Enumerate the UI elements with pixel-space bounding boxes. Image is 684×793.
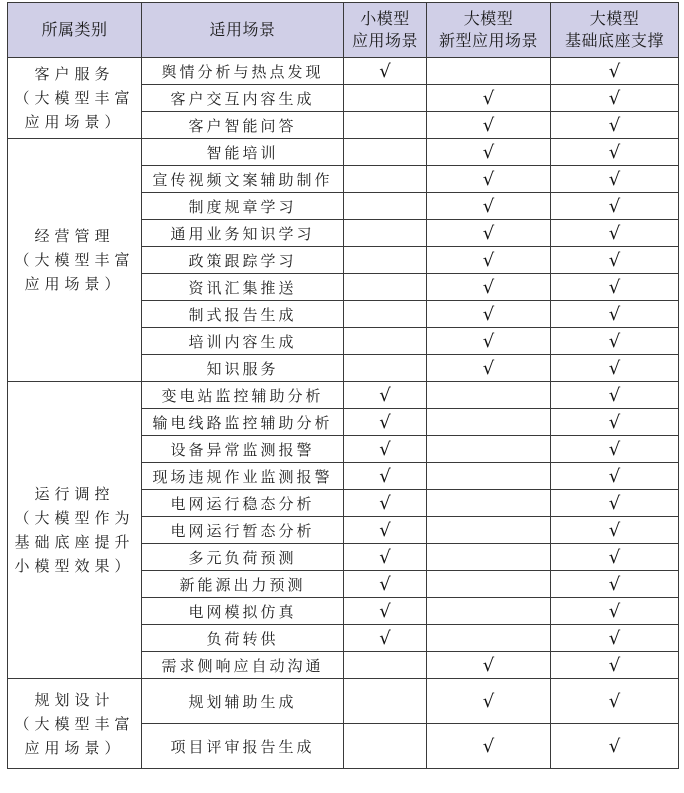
large-model-base-mark-check-icon: √	[551, 328, 679, 355]
scenario-cell: 通用业务知识学习	[142, 220, 344, 247]
large-model-base-mark-check-icon: √	[551, 517, 679, 544]
header-large-model-new-line1: 大模型	[427, 8, 550, 30]
table-header: 所属类别 适用场景 小模型 应用场景 大模型 新型应用场景 大模型 基础底座支撑	[8, 3, 679, 58]
header-large-model-new: 大模型 新型应用场景	[427, 3, 551, 58]
header-large-model-base-line2: 基础底座支撑	[551, 30, 678, 52]
scenario-cell: 智能培训	[142, 139, 344, 166]
table-row: 规划设计（大模型丰富应用场景）规划辅助生成√√	[8, 679, 679, 724]
large-model-new-mark-empty	[427, 58, 551, 85]
large-model-new-mark-empty	[427, 463, 551, 490]
large-model-new-mark-empty	[427, 436, 551, 463]
category-label-line: 客户服务	[10, 62, 139, 86]
large-model-new-mark-check-icon: √	[427, 220, 551, 247]
small-model-mark-check-icon: √	[344, 598, 427, 625]
small-model-mark-empty	[344, 679, 427, 724]
header-row: 所属类别 适用场景 小模型 应用场景 大模型 新型应用场景 大模型 基础底座支撑	[8, 3, 679, 58]
table-row: 运行调控（大模型作为基础底座提升小模型效果）变电站监控辅助分析√√	[8, 382, 679, 409]
scenario-cell: 规划辅助生成	[142, 679, 344, 724]
large-model-base-mark-check-icon: √	[551, 220, 679, 247]
header-scenario: 适用场景	[142, 3, 344, 58]
header-large-model-new-line2: 新型应用场景	[427, 30, 550, 52]
small-model-mark-empty	[344, 85, 427, 112]
large-model-base-mark-check-icon: √	[551, 679, 679, 724]
large-model-base-mark-check-icon: √	[551, 625, 679, 652]
large-model-base-mark-check-icon: √	[551, 247, 679, 274]
large-model-base-mark-check-icon: √	[551, 724, 679, 769]
table-row: 客户服务（大模型丰富应用场景）舆情分析与热点发现√√	[8, 58, 679, 85]
header-small-model: 小模型 应用场景	[344, 3, 427, 58]
small-model-mark-check-icon: √	[344, 436, 427, 463]
small-model-mark-empty	[344, 355, 427, 382]
category-label-line: （大模型丰富	[10, 248, 139, 272]
category-label-line: （大模型丰富	[10, 86, 139, 110]
scenario-cell: 输电线路监控辅助分析	[142, 409, 344, 436]
small-model-mark-empty	[344, 724, 427, 769]
scenario-cell: 客户智能问答	[142, 112, 344, 139]
scenario-table-container: 所属类别 适用场景 小模型 应用场景 大模型 新型应用场景 大模型 基础底座支撑	[7, 2, 679, 769]
scenario-cell: 设备异常监测报警	[142, 436, 344, 463]
large-model-new-mark-empty	[427, 571, 551, 598]
category-cell: 经营管理（大模型丰富应用场景）	[8, 139, 142, 382]
small-model-mark-check-icon: √	[344, 409, 427, 436]
category-label-line: 基础底座提升	[10, 530, 139, 554]
large-model-base-mark-check-icon: √	[551, 112, 679, 139]
scenario-cell: 负荷转供	[142, 625, 344, 652]
small-model-mark-check-icon: √	[344, 58, 427, 85]
large-model-base-mark-check-icon: √	[551, 85, 679, 112]
small-model-mark-empty	[344, 166, 427, 193]
large-model-base-mark-check-icon: √	[551, 436, 679, 463]
large-model-base-mark-check-icon: √	[551, 193, 679, 220]
large-model-new-mark-empty	[427, 517, 551, 544]
large-model-base-mark-check-icon: √	[551, 301, 679, 328]
large-model-base-mark-check-icon: √	[551, 571, 679, 598]
large-model-new-mark-check-icon: √	[427, 247, 551, 274]
large-model-new-mark-check-icon: √	[427, 112, 551, 139]
scenario-cell: 舆情分析与热点发现	[142, 58, 344, 85]
category-label-line: 应用场景）	[10, 272, 139, 296]
scenario-cell: 电网运行稳态分析	[142, 490, 344, 517]
category-label-line: 运行调控	[10, 482, 139, 506]
large-model-new-mark-check-icon: √	[427, 139, 551, 166]
scenario-cell: 电网模拟仿真	[142, 598, 344, 625]
large-model-base-mark-check-icon: √	[551, 139, 679, 166]
model-application-scenario-table: 所属类别 适用场景 小模型 应用场景 大模型 新型应用场景 大模型 基础底座支撑	[7, 2, 679, 769]
small-model-mark-check-icon: √	[344, 382, 427, 409]
table-row: 经营管理（大模型丰富应用场景）智能培训√√	[8, 139, 679, 166]
category-cell: 规划设计（大模型丰富应用场景）	[8, 679, 142, 769]
large-model-base-mark-check-icon: √	[551, 490, 679, 517]
large-model-base-mark-check-icon: √	[551, 463, 679, 490]
header-scenario-label: 适用场景	[209, 20, 275, 39]
scenario-cell: 多元负荷预测	[142, 544, 344, 571]
small-model-mark-empty	[344, 328, 427, 355]
scenario-cell: 需求侧响应自动沟通	[142, 652, 344, 679]
category-label-line: 小模型效果）	[10, 554, 139, 578]
category-cell: 客户服务（大模型丰富应用场景）	[8, 58, 142, 139]
small-model-mark-check-icon: √	[344, 463, 427, 490]
small-model-mark-check-icon: √	[344, 625, 427, 652]
large-model-new-mark-check-icon: √	[427, 85, 551, 112]
scenario-cell: 变电站监控辅助分析	[142, 382, 344, 409]
large-model-new-mark-empty	[427, 382, 551, 409]
category-label-line: （大模型作为	[10, 506, 139, 530]
category-cell: 运行调控（大模型作为基础底座提升小模型效果）	[8, 382, 142, 679]
small-model-mark-check-icon: √	[344, 571, 427, 598]
large-model-new-mark-empty	[427, 598, 551, 625]
small-model-mark-empty	[344, 220, 427, 247]
large-model-new-mark-check-icon: √	[427, 724, 551, 769]
scenario-cell: 资讯汇集推送	[142, 274, 344, 301]
large-model-new-mark-check-icon: √	[427, 355, 551, 382]
header-category-label: 所属类别	[41, 20, 107, 39]
scenario-cell: 宣传视频文案辅助制作	[142, 166, 344, 193]
scenario-cell: 知识服务	[142, 355, 344, 382]
small-model-mark-empty	[344, 301, 427, 328]
header-large-model-base-line1: 大模型	[551, 8, 678, 30]
small-model-mark-empty	[344, 247, 427, 274]
large-model-new-mark-empty	[427, 625, 551, 652]
small-model-mark-empty	[344, 274, 427, 301]
scenario-cell: 制式报告生成	[142, 301, 344, 328]
small-model-mark-empty	[344, 139, 427, 166]
large-model-base-mark-check-icon: √	[551, 274, 679, 301]
header-small-model-line1: 小模型	[344, 8, 426, 30]
large-model-new-mark-check-icon: √	[427, 301, 551, 328]
small-model-mark-empty	[344, 193, 427, 220]
large-model-new-mark-check-icon: √	[427, 679, 551, 724]
large-model-base-mark-check-icon: √	[551, 598, 679, 625]
small-model-mark-empty	[344, 112, 427, 139]
large-model-new-mark-empty	[427, 409, 551, 436]
scenario-cell: 新能源出力预测	[142, 571, 344, 598]
large-model-new-mark-empty	[427, 490, 551, 517]
large-model-new-mark-check-icon: √	[427, 652, 551, 679]
large-model-base-mark-check-icon: √	[551, 409, 679, 436]
scenario-cell: 客户交互内容生成	[142, 85, 344, 112]
small-model-mark-check-icon: √	[344, 490, 427, 517]
header-large-model-base: 大模型 基础底座支撑	[551, 3, 679, 58]
scenario-cell: 培训内容生成	[142, 328, 344, 355]
large-model-base-mark-check-icon: √	[551, 382, 679, 409]
category-label-line: 应用场景）	[10, 110, 139, 134]
header-small-model-line2: 应用场景	[344, 30, 426, 52]
header-category: 所属类别	[8, 3, 142, 58]
large-model-base-mark-check-icon: √	[551, 355, 679, 382]
large-model-base-mark-check-icon: √	[551, 544, 679, 571]
large-model-new-mark-check-icon: √	[427, 166, 551, 193]
large-model-new-mark-empty	[427, 544, 551, 571]
scenario-cell: 电网运行暂态分析	[142, 517, 344, 544]
scenario-cell: 制度规章学习	[142, 193, 344, 220]
scenario-cell: 现场违规作业监测报警	[142, 463, 344, 490]
small-model-mark-check-icon: √	[344, 544, 427, 571]
category-label-line: 应用场景）	[10, 736, 139, 760]
small-model-mark-empty	[344, 652, 427, 679]
scenario-cell: 项目评审报告生成	[142, 724, 344, 769]
large-model-base-mark-check-icon: √	[551, 166, 679, 193]
large-model-base-mark-check-icon: √	[551, 58, 679, 85]
large-model-new-mark-check-icon: √	[427, 193, 551, 220]
large-model-new-mark-check-icon: √	[427, 274, 551, 301]
scenario-cell: 政策跟踪学习	[142, 247, 344, 274]
category-label-line: 规划设计	[10, 688, 139, 712]
category-label-line: 经营管理	[10, 224, 139, 248]
small-model-mark-check-icon: √	[344, 517, 427, 544]
category-label-line: （大模型丰富	[10, 712, 139, 736]
large-model-base-mark-check-icon: √	[551, 652, 679, 679]
table-body: 客户服务（大模型丰富应用场景）舆情分析与热点发现√√客户交互内容生成√√客户智能…	[8, 58, 679, 769]
large-model-new-mark-check-icon: √	[427, 328, 551, 355]
